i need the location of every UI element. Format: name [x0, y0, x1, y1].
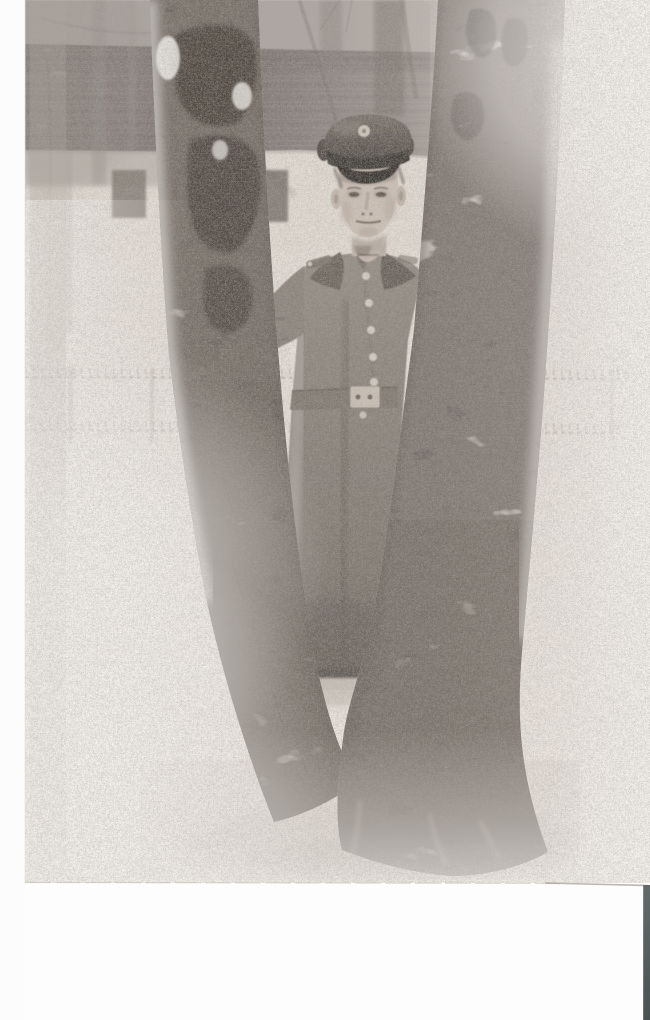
photo-canvas — [0, 0, 650, 1020]
photograph — [0, 0, 650, 1020]
photo-exposed-area — [0, 0, 650, 885]
photo-scan-page — [0, 0, 650, 1020]
paper-margin-bottom — [0, 884, 650, 1020]
film-grain — [25, 0, 650, 883]
scan-edge-strip — [643, 885, 650, 1020]
paper-margin-left — [0, 0, 25, 1020]
